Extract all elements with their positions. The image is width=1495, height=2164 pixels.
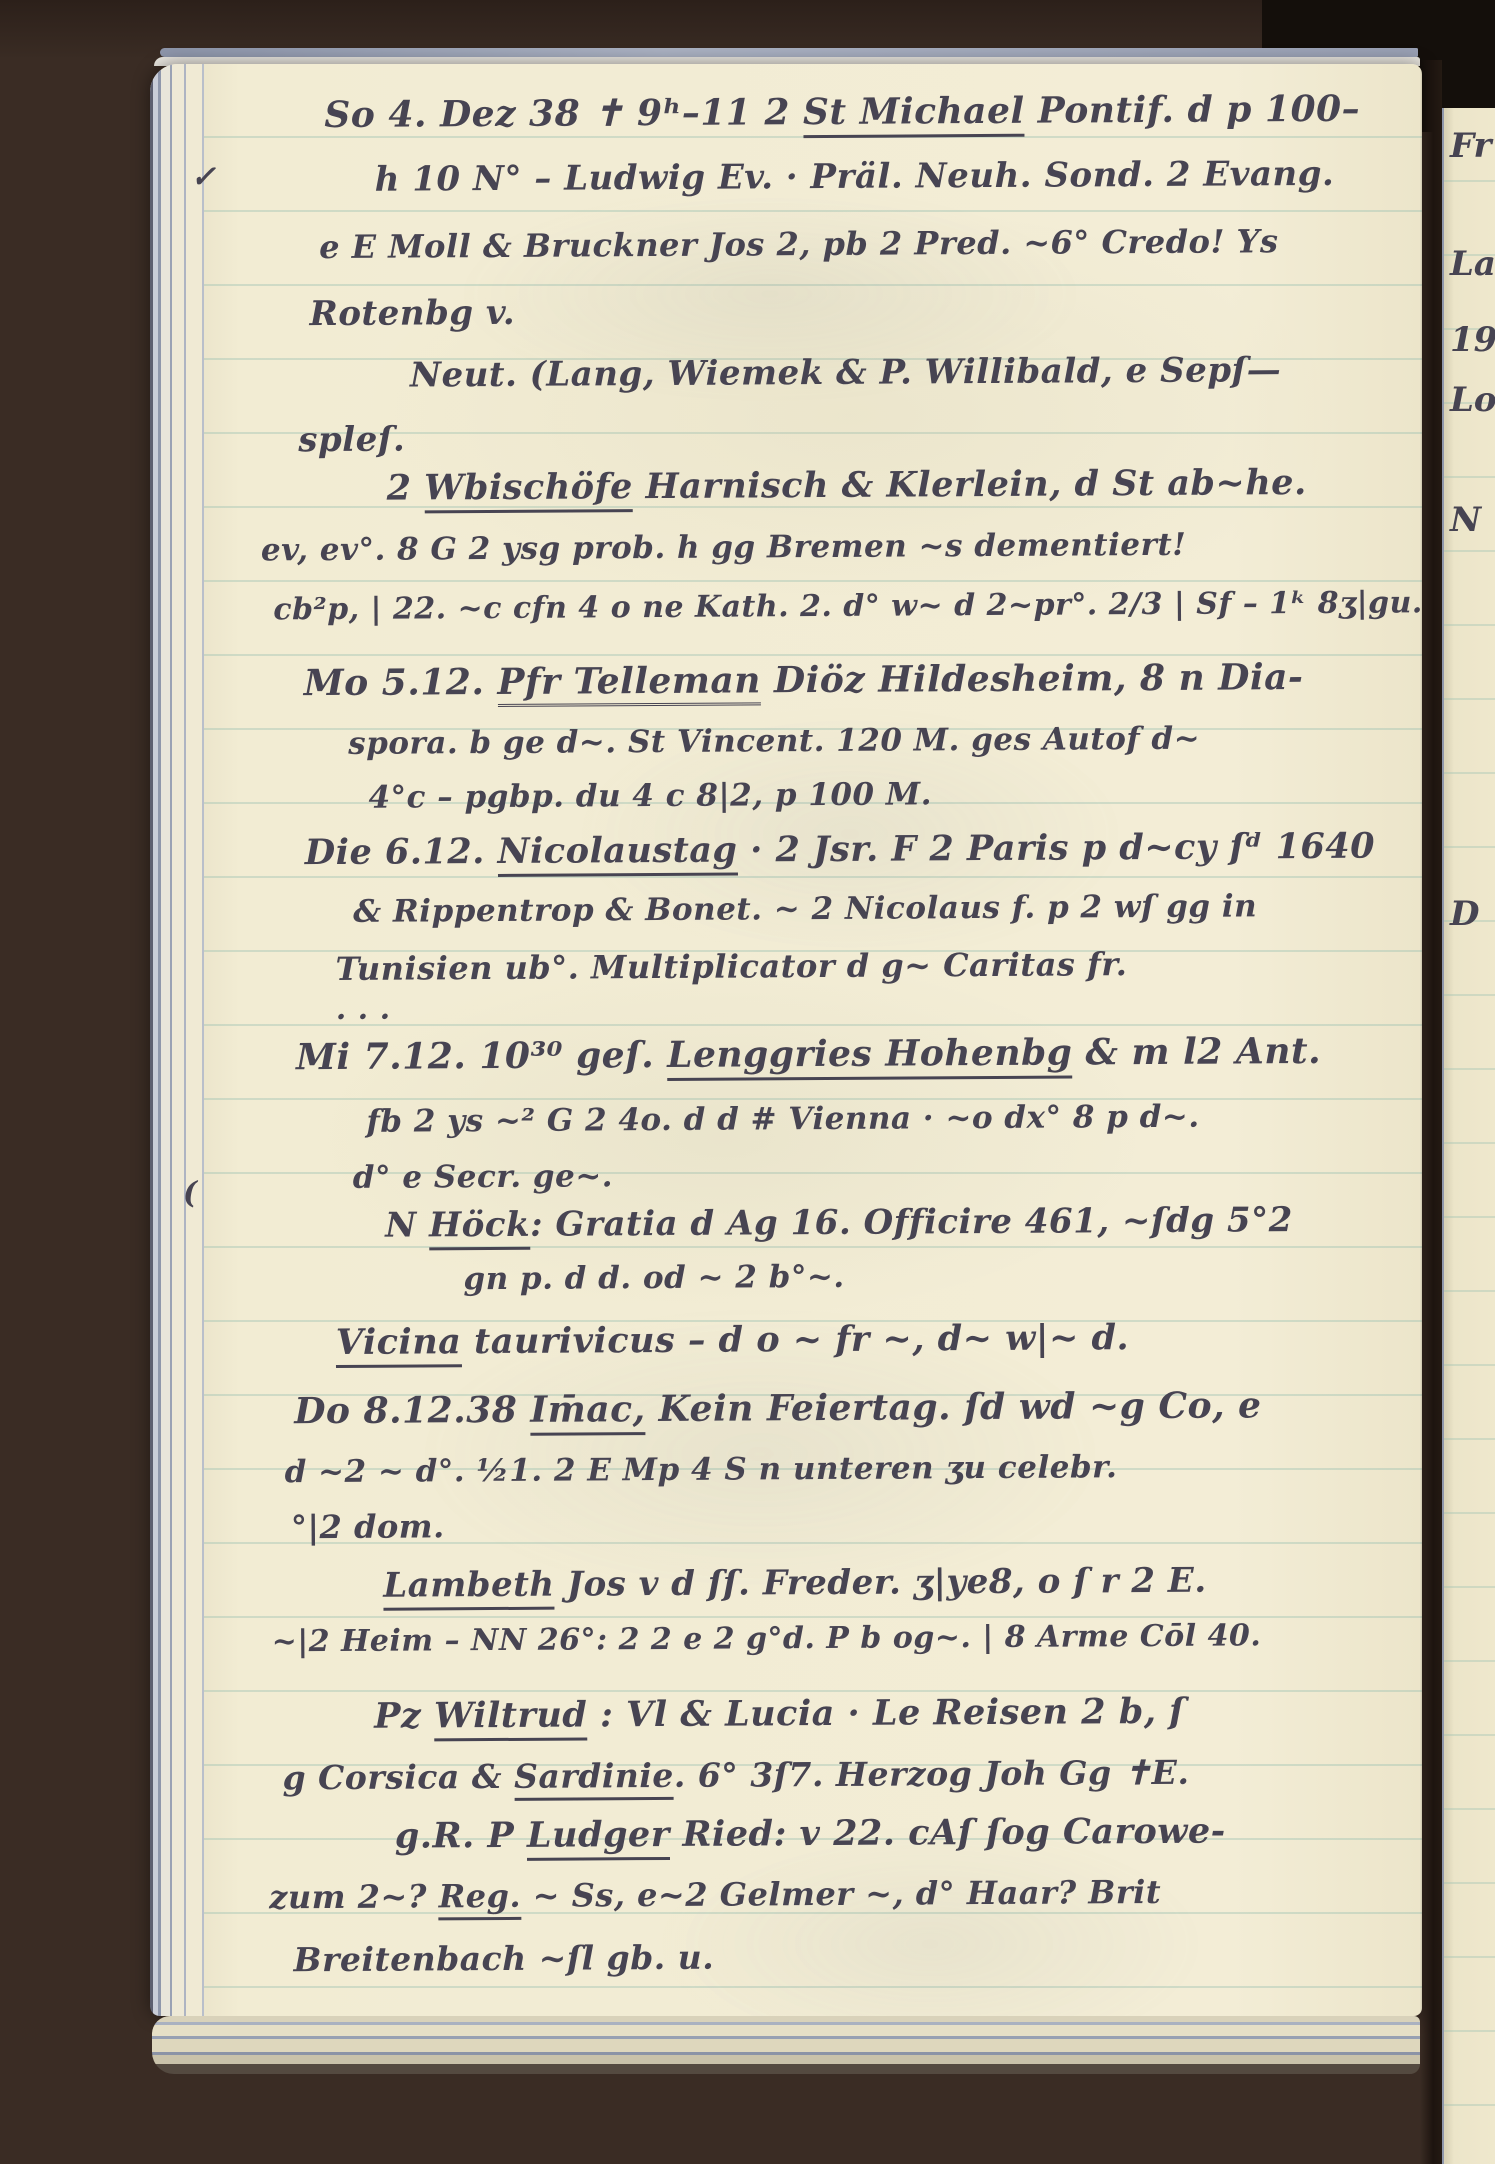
handwriting-text: & m l2 Ant. (1072, 1030, 1321, 1074)
handwriting-line: So 4. Dez 38 ✝ 9ʰ–11 2 St Michael Pontif… (324, 91, 1360, 133)
handwriting-text: zum 2~? (269, 1877, 439, 1916)
handwriting-line: Vicina taurivicus – d o ~ fr ~, d~ w|~ d… (336, 1320, 1130, 1360)
underlined-word: Sardinie (514, 1756, 674, 1801)
handwriting-line: gn p. d d. od ~ 2 b°~. (463, 1262, 844, 1295)
handwriting-line: Tunisien ub°. Multiplicator d g~ Caritas… (335, 948, 1127, 985)
handwriting-text: spora. b ge d~. St Vincent. 120 M. ges A… (348, 721, 1200, 762)
handwriting-line: Mi 7.12. 10³⁰ geſ. Lenggries Hohenbg & m… (296, 1033, 1321, 1075)
handwriting-text: Pontif. d p 100– (1025, 88, 1361, 132)
handwriting-text: g Corsica & (282, 1757, 514, 1797)
handwriting-text: 4°c – pgbp. du 4 c 8|2, p 100 M. (368, 776, 932, 815)
handwriting-text: Jos v d ſſ. Freder. ʒ|ye8, o ſ r 2 E. (554, 1561, 1206, 1605)
handwriting-text: ~ Ss, e~2 Gelmer ~, d° Haar? Brit (521, 1873, 1161, 1915)
notebook-page: So 4. Dez 38 ✝ 9ʰ–11 2 St Michael Pontif… (150, 64, 1422, 2016)
handwriting-text: Mo 5.12. (304, 661, 498, 704)
handwriting-text: Rotenbg v. (309, 293, 515, 334)
handwriting-line: Mo 5.12. Pfr Telleman Diöz Hildesheim, 8… (304, 659, 1304, 701)
handwriting-text: Kein Feiertag. ſd wd ~g Co, e (645, 1384, 1261, 1430)
handwriting-line: 4°c – pgbp. du 4 c 8|2, p 100 M. (368, 779, 932, 813)
handwriting-text: So 4. Dez 38 ✝ 9ʰ–11 2 (324, 91, 803, 136)
handwriting-line: °|2 dom. (291, 1510, 445, 1543)
handwriting-text: cb²p, | 22. ~c cfn 4 o ne Kath. 2. d° w~… (273, 584, 1495, 627)
facing-page-text-fragment: D (1450, 894, 1479, 934)
handwriting-text: gn p. d d. od ~ 2 b°~. (463, 1259, 844, 1297)
handwriting-text: Do 8.12.38 (294, 1389, 530, 1432)
facing-page-text-fragment: 19 (1450, 320, 1495, 360)
handwriting-text: Die 6.12. (305, 831, 498, 873)
handwriting-text: d ~2 ~ d°. ½1. 2 E Mp 4 S n unteren ʒu c… (285, 1449, 1118, 1490)
handwriting-line: & Rippentrop & Bonet. ~ 2 Nicolaus f. p … (353, 891, 1257, 928)
handwriting-text: & Rippentrop & Bonet. ~ 2 Nicolaus f. p … (353, 888, 1257, 930)
handwriting-line: Do 8.12.38 Im̄ac, Kein Feiertag. ſd wd ~… (294, 1387, 1261, 1429)
handwriting-line: zum 2~? Reg. ~ Ss, e~2 Gelmer ~, d° Haar… (269, 1876, 1161, 1913)
page-edge-stack-left (150, 64, 230, 2016)
handwriting-text: Pz (374, 1695, 434, 1736)
handwriting-text: taurivicus – d o ~ fr ~, d~ w|~ d. (461, 1317, 1129, 1362)
handwriting-line: ~|2 Heim – NN 26°: 2 2 e 2 g°d. P b og~.… (272, 1621, 1262, 1657)
handwriting-line: g Corsica & Sardinie. 6° 3ſ7. Herzog Joh… (282, 1756, 1189, 1795)
page-edge-top-outer (160, 48, 1418, 57)
handwriting-text: N (385, 1205, 429, 1245)
handwriting-line: N Höck: Gratia d Ag 16. Officire 461, ~ſ… (385, 1203, 1293, 1243)
underlined-word: Lenggries Hohenbg (667, 1031, 1072, 1080)
margin-mark: ✓ (191, 160, 216, 195)
handwriting-text: °|2 dom. (291, 1507, 445, 1546)
handwriting-text: e E Moll & Bruckner Jos 2, pb 2 Pred. ~6… (319, 222, 1279, 266)
underlined-word: Ludger (527, 1814, 670, 1861)
handwriting-text: ev, ev°. 8 G 2 ysg prob. h gg Bremen ~s … (261, 527, 1187, 569)
facing-page-sliver: FrLa19LoND (1442, 108, 1495, 2164)
underlined-word: Lambeth (383, 1565, 555, 1611)
page-edge-stack-bottom (152, 2016, 1420, 2074)
handwriting-text: fb 2 ys ~² G 2 4o. d d # Vienna · ~o dx°… (366, 1099, 1199, 1140)
handwriting-line: Breitenbach ~ſl gb. u. (294, 1941, 715, 1977)
handwriting-line: g.R. P Ludger Ried: v 22. cAſ ſog Carowe… (395, 1814, 1226, 1854)
handwriting-line: · · · (336, 1003, 391, 1033)
handwriting-text: . 6° 3ſ7. Herzog Joh Gg ✝E. (674, 1753, 1190, 1795)
handwriting-line: 2 Wbischöfe Harnisch & Klerlein, d St ab… (387, 465, 1307, 506)
handwriting-text: Ried: v 22. cAſ ſog Carowe- (670, 1811, 1226, 1855)
underlined-word: St Michael (803, 90, 1025, 138)
handwriting-line: h 10 N° – Ludwig Ev. · Präl. Neuh. Sond.… (375, 157, 1335, 197)
underlined-word: Vicina (336, 1321, 462, 1368)
handwriting-line: e E Moll & Bruckner Jos 2, pb 2 Pred. ~6… (319, 225, 1279, 263)
handwriting-text: : Gratia d Ag 16. Officire 461, ~ſdg 5°2 (530, 1200, 1293, 1245)
handwriting-line: Die 6.12. Nicolaustag · 2 Jsr. F 2 Paris… (305, 829, 1375, 871)
handwriting-line: spleſ. (298, 423, 405, 458)
handwriting-text: : Vl & Lucia · Le Reisen 2 b, ſ (587, 1691, 1185, 1736)
handwriting-line: fb 2 ys ~² G 2 4o. d d # Vienna · ~o dx°… (366, 1102, 1199, 1138)
handwriting-line: Rotenbg v. (309, 296, 515, 331)
photographed-diary-page: So 4. Dez 38 ✝ 9ʰ–11 2 St Michael Pontif… (0, 0, 1495, 2164)
handwriting: So 4. Dez 38 ✝ 9ʰ–11 2 St Michael Pontif… (228, 60, 1420, 2019)
handwriting-line: Neut. (Lang, Wiemek & P. Willibald, e Se… (410, 353, 1281, 392)
facing-page-text-fragment: N (1450, 500, 1481, 540)
underlined-word: Pfr Telleman (497, 659, 761, 707)
handwriting-line: d° e Secr. ge~. (353, 1161, 613, 1194)
facing-page-text-fragment: Lo (1450, 380, 1495, 420)
handwriting-text: Breitenbach ~ſl gb. u. (293, 1938, 714, 1980)
handwriting-text: ~|2 Heim – NN 26°: 2 2 e 2 g°d. P b og~.… (272, 1618, 1262, 1659)
margin-mark: ( (183, 1176, 197, 1211)
handwriting-text: Diöz Hildesheim, 8 n Dia- (761, 656, 1304, 701)
handwriting-text: Neut. (Lang, Wiemek & P. Willibald, e Se… (410, 350, 1281, 395)
facing-page-text-fragment: La (1450, 244, 1495, 284)
handwriting-text: Tunisien ub°. Multiplicator d g~ Caritas… (335, 945, 1127, 988)
handwriting-text: Harnisch & Klerlein, d St ab~he. (633, 462, 1307, 507)
handwriting-text: 2 (386, 467, 424, 508)
underlined-word: Nicolaustag (497, 830, 737, 877)
handwriting-text: d° e Secr. ge~. (353, 1158, 613, 1196)
handwriting-text: · 2 Jsr. F 2 Paris p d~cy ſᵈ 1640 (737, 826, 1375, 871)
handwriting-text: g.R. P (395, 1815, 527, 1857)
handwriting-line: cb²p, | 22. ~c cfn 4 o ne Kath. 2. d° w~… (273, 587, 1495, 625)
underlined-word: Höck (429, 1205, 530, 1251)
handwriting-line: Lambeth Jos v d ſſ. Freder. ʒ|ye8, o ſ r… (383, 1564, 1206, 1603)
handwriting-text: Mi 7.12. 10³⁰ geſ. (296, 1034, 667, 1078)
underlined-word: Reg. (439, 1877, 522, 1921)
handwriting-line: ev, ev°. 8 G 2 ysg prob. h gg Bremen ~s … (261, 530, 1187, 567)
underlined-word: Wbischöfe (424, 466, 633, 513)
handwriting-line: d ~2 ~ d°. ½1. 2 E Mp 4 S n unteren ʒu c… (285, 1452, 1118, 1488)
underlined-word: Wiltrud (434, 1694, 588, 1741)
handwriting-line: Pz Wiltrud : Vl & Lucia · Le Reisen 2 b,… (374, 1694, 1185, 1734)
handwriting-text: spleſ. (298, 420, 405, 461)
handwriting-line: spora. b ge d~. St Vincent. 120 M. ges A… (348, 724, 1200, 760)
book-gutter-shadow (1420, 60, 1442, 2164)
handwriting-text: · · · (336, 1000, 391, 1035)
handwriting-text: h 10 N° – Ludwig Ev. · Präl. Neuh. Sond.… (375, 154, 1335, 200)
facing-page-text-fragment: Fr (1450, 126, 1491, 166)
underlined-word: Im̄ac, (530, 1388, 646, 1436)
